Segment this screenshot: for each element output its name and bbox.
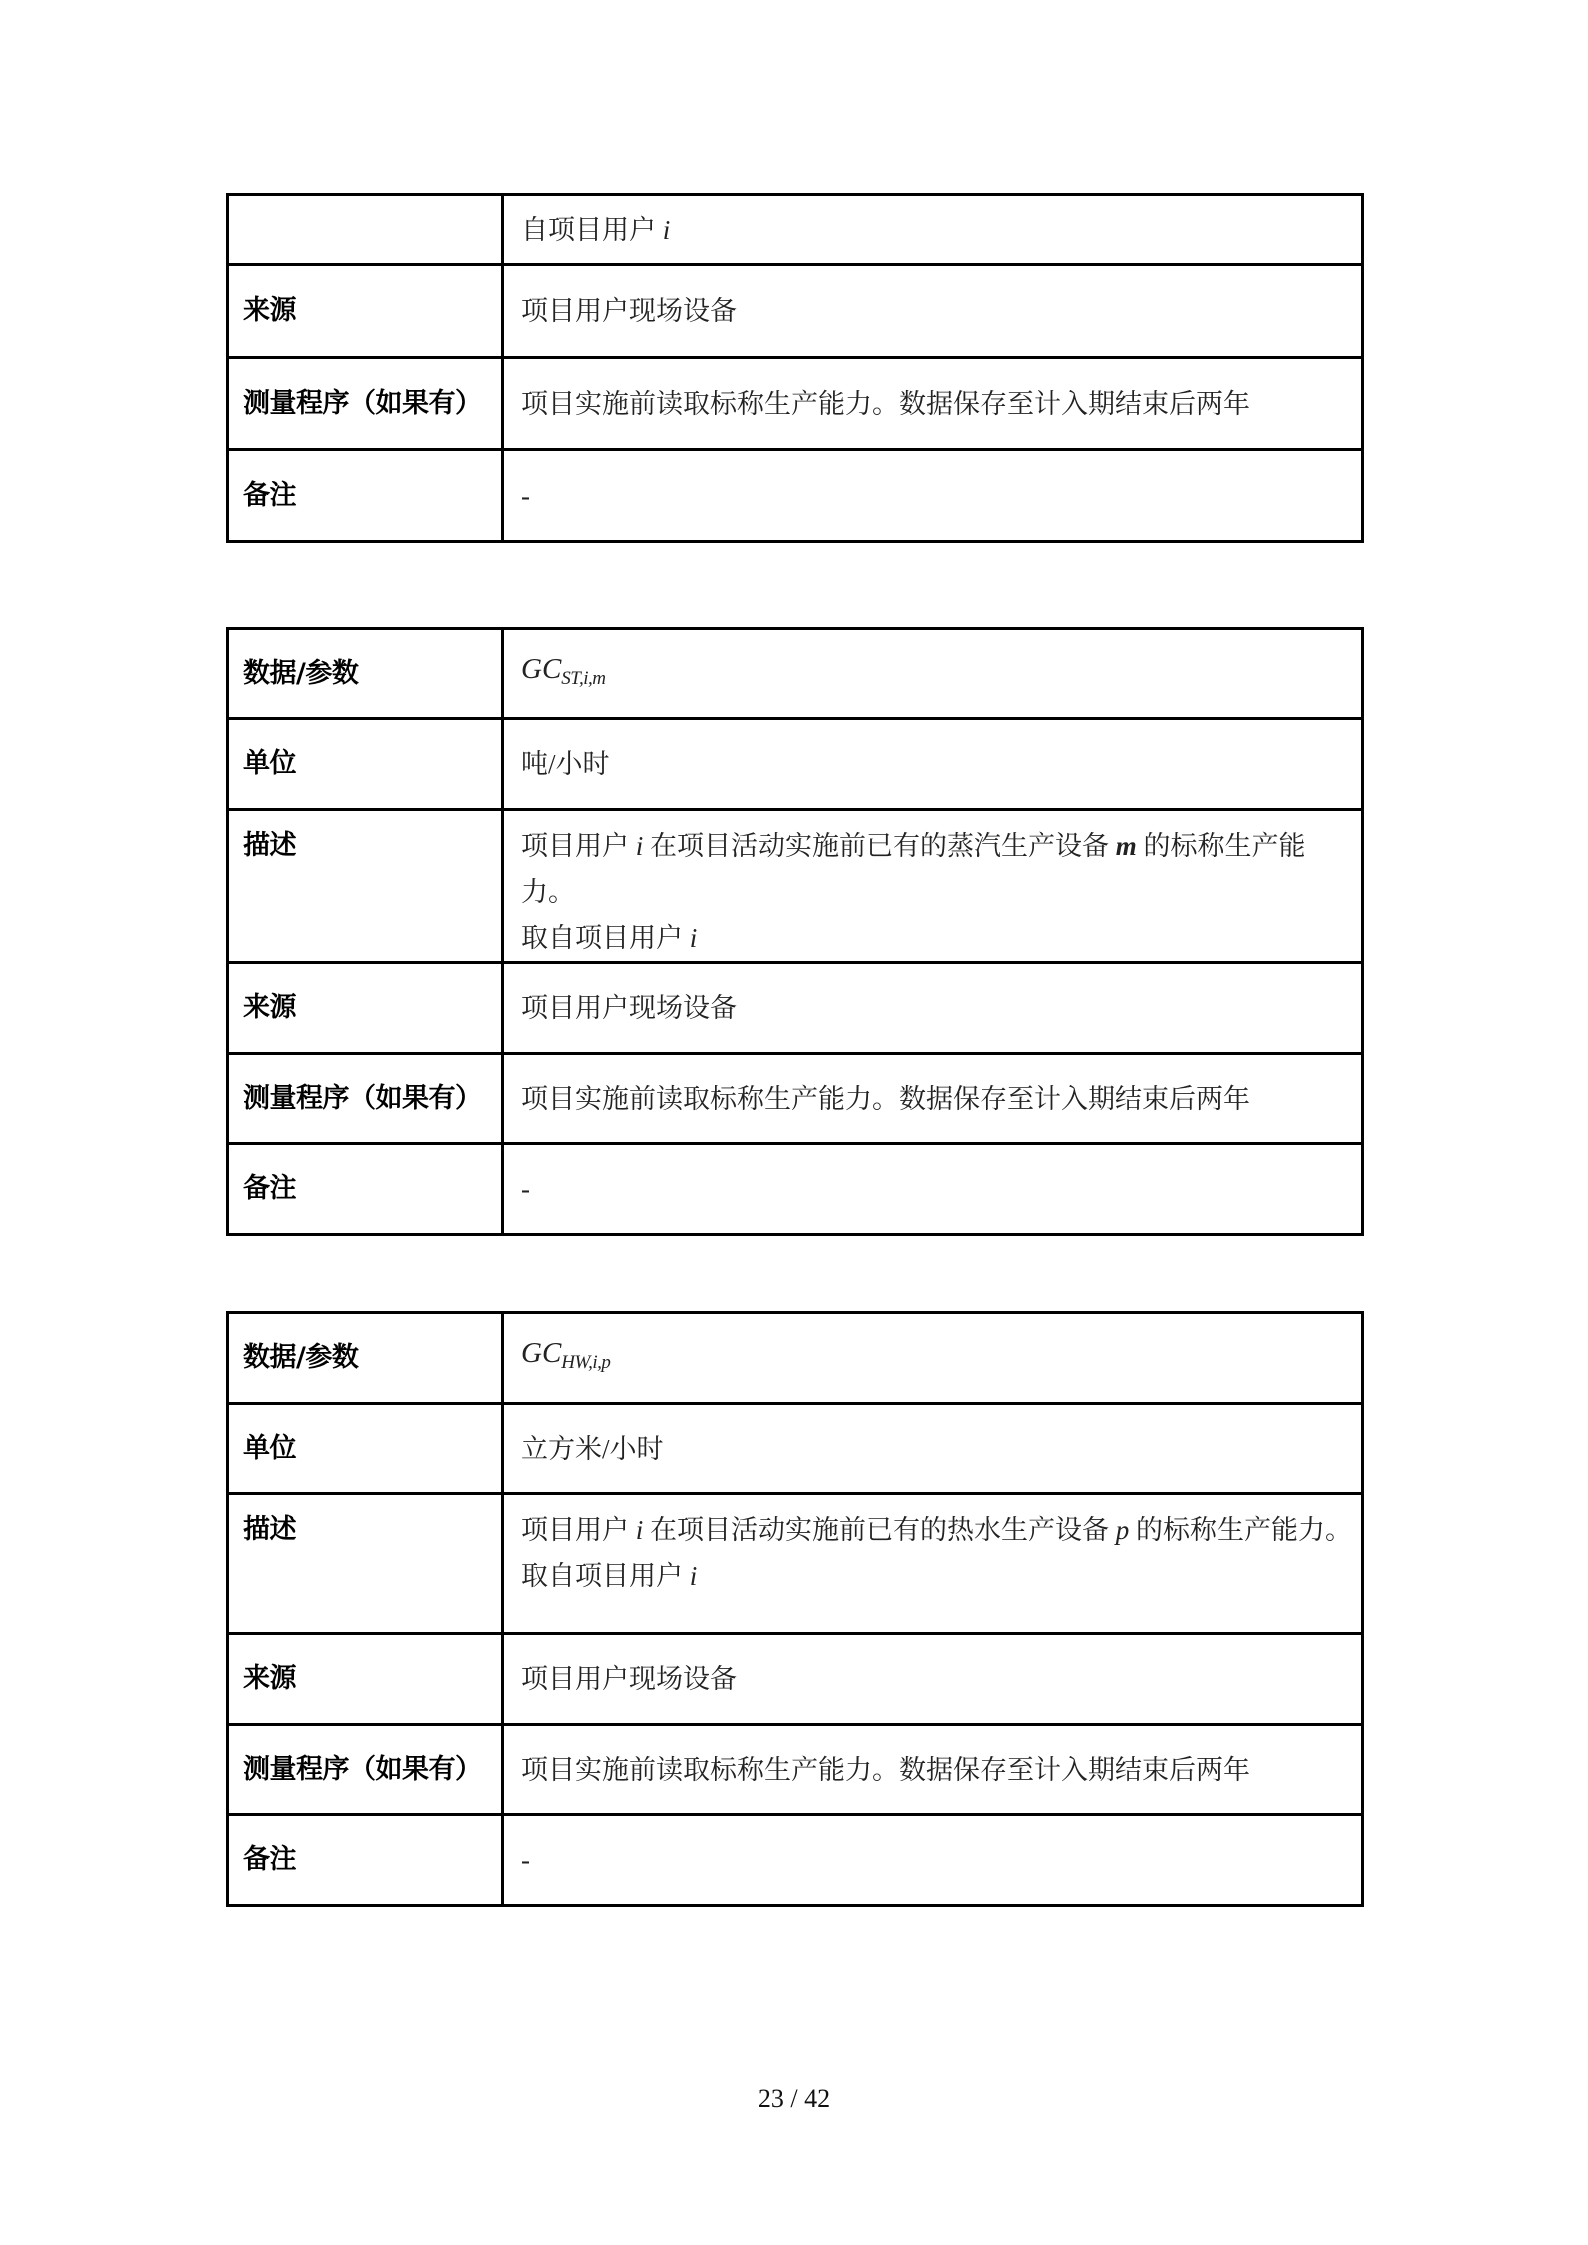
row-label-procedure: 测量程序（如果有）	[228, 358, 503, 450]
row-label-source: 来源	[228, 265, 503, 358]
description-line-1: 项目用户 i 在项目活动实施前已有的热水生产设备 p 的标称生产能力。	[521, 1507, 1353, 1553]
row-value-procedure: 项目实施前读取标称生产能力。数据保存至计入期结束后两年	[503, 1054, 1363, 1144]
parameter-table-gc-st: 数据/参数 GCST,i,m 单位 吨/小时 描述 项目用户 i 在项目活动实施…	[226, 627, 1364, 1236]
row-label-procedure: 测量程序（如果有）	[228, 1054, 503, 1144]
description-line-1: 项目用户 i 在项目活动实施前已有的蒸汽生产设备 m 的标称生产能力。	[521, 823, 1353, 915]
row-value-remarks: -	[503, 1144, 1363, 1235]
table-row-unit: 单位 吨/小时	[228, 719, 1363, 810]
symbol-subscript: HW,i,p	[561, 1352, 610, 1373]
row-value-procedure: 项目实施前读取标称生产能力。数据保存至计入期结束后两年	[503, 1725, 1363, 1815]
row-label-source: 来源	[228, 963, 503, 1054]
row-value-procedure: 项目实施前读取标称生产能力。数据保存至计入期结束后两年	[503, 358, 1363, 450]
row-label-remarks: 备注	[228, 450, 503, 542]
table-row-description: 描述 项目用户 i 在项目活动实施前已有的蒸汽生产设备 m 的标称生产能力。 取…	[228, 810, 1363, 963]
value-text: 自项目用户	[521, 215, 663, 245]
parameter-symbol: GCHW,i,p	[521, 1337, 610, 1369]
row-label-parameter: 数据/参数	[228, 1313, 503, 1404]
description-line-2: 取自项目用户 i	[521, 915, 1353, 961]
row-label-description: 描述	[228, 1494, 503, 1634]
variable-i: i	[690, 1561, 698, 1591]
symbol-subscript: ST,i,m	[561, 668, 605, 689]
parameter-table-gc-hw: 数据/参数 GCHW,i,p 单位 立方米/小时 描述 项目用户 i 在项目活动…	[226, 1311, 1364, 1907]
row-value: 自项目用户 i	[503, 195, 1363, 265]
row-value-description: 项目用户 i 在项目活动实施前已有的蒸汽生产设备 m 的标称生产能力。 取自项目…	[503, 810, 1363, 963]
row-value-unit: 吨/小时	[503, 719, 1363, 810]
parameter-table-continued: 自项目用户 i 来源 项目用户现场设备 测量程序（如果有） 项目实施前读取标称生…	[226, 193, 1364, 543]
variable-i: i	[690, 923, 698, 953]
row-value-source: 项目用户现场设备	[503, 1634, 1363, 1725]
row-label-description: 描述	[228, 810, 503, 963]
table-row-source: 来源 项目用户现场设备	[228, 265, 1363, 358]
table-row-source: 来源 项目用户现场设备	[228, 1634, 1363, 1725]
variable-i: i	[663, 215, 671, 245]
row-value-description: 项目用户 i 在项目活动实施前已有的热水生产设备 p 的标称生产能力。 取自项目…	[503, 1494, 1363, 1634]
row-label-unit: 单位	[228, 719, 503, 810]
table-row-remarks: 备注 -	[228, 450, 1363, 542]
table-row-remarks: 备注 -	[228, 1144, 1363, 1235]
table-row-parameter: 数据/参数 GCHW,i,p	[228, 1313, 1363, 1404]
row-label-remarks: 备注	[228, 1815, 503, 1906]
row-label	[228, 195, 503, 265]
table-row-unit: 单位 立方米/小时	[228, 1404, 1363, 1494]
table-row-description: 描述 项目用户 i 在项目活动实施前已有的热水生产设备 p 的标称生产能力。 取…	[228, 1494, 1363, 1634]
table-row-continuation: 自项目用户 i	[228, 195, 1363, 265]
symbol-base: GC	[521, 653, 561, 685]
row-value-source: 项目用户现场设备	[503, 265, 1363, 358]
symbol-base: GC	[521, 1337, 561, 1369]
description-line-2: 取自项目用户 i	[521, 1553, 1353, 1599]
table-row-procedure: 测量程序（如果有） 项目实施前读取标称生产能力。数据保存至计入期结束后两年	[228, 1054, 1363, 1144]
variable-p: p	[1116, 1515, 1130, 1545]
row-label-remarks: 备注	[228, 1144, 503, 1235]
parameter-symbol: GCST,i,m	[521, 653, 605, 685]
row-value-remarks: -	[503, 1815, 1363, 1906]
row-value-remarks: -	[503, 450, 1363, 542]
table-row-remarks: 备注 -	[228, 1815, 1363, 1906]
row-value-parameter: GCST,i,m	[503, 629, 1363, 719]
row-label-procedure: 测量程序（如果有）	[228, 1725, 503, 1815]
page-number: 23 / 42	[0, 2084, 1588, 2114]
table-row-procedure: 测量程序（如果有） 项目实施前读取标称生产能力。数据保存至计入期结束后两年	[228, 1725, 1363, 1815]
table-row-parameter: 数据/参数 GCST,i,m	[228, 629, 1363, 719]
variable-m: m	[1116, 831, 1137, 861]
row-value-parameter: GCHW,i,p	[503, 1313, 1363, 1404]
table-row-source: 来源 项目用户现场设备	[228, 963, 1363, 1054]
row-value-source: 项目用户现场设备	[503, 963, 1363, 1054]
row-label-source: 来源	[228, 1634, 503, 1725]
row-label-parameter: 数据/参数	[228, 629, 503, 719]
table-row-procedure: 测量程序（如果有） 项目实施前读取标称生产能力。数据保存至计入期结束后两年	[228, 358, 1363, 450]
row-label-unit: 单位	[228, 1404, 503, 1494]
row-value-unit: 立方米/小时	[503, 1404, 1363, 1494]
